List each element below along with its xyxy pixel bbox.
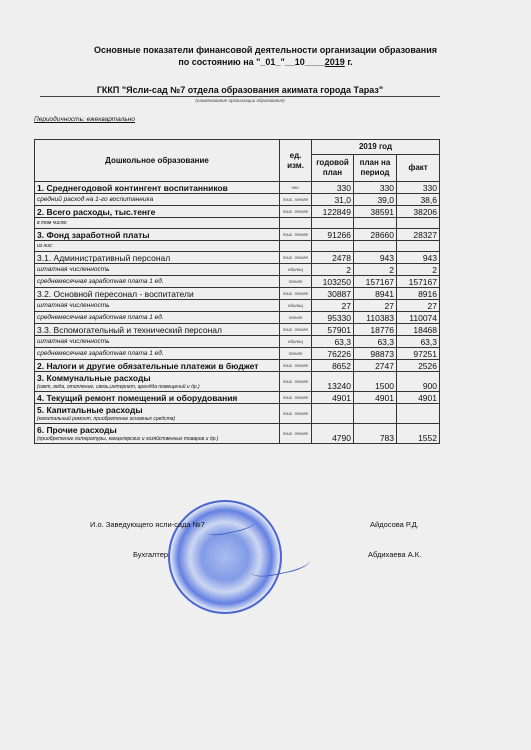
header-period-plan: план на период bbox=[354, 155, 397, 182]
row-unit: тыс. тенге bbox=[280, 206, 312, 218]
table-row: 3. Фонд заработной платытыс. тенге912662… bbox=[35, 229, 440, 241]
row-label: штатная численность bbox=[35, 336, 280, 348]
row-unit: тыс. тенге bbox=[280, 324, 312, 336]
row-fact: 38206 bbox=[397, 206, 440, 218]
row-period-plan: 157167 bbox=[354, 276, 397, 288]
row-label: 2. Налоги и другие обязательные платежи … bbox=[35, 360, 280, 372]
row-fact bbox=[397, 218, 440, 229]
head-name: Айдосова Р.Д. bbox=[370, 520, 419, 529]
row-period-plan: 4901 bbox=[354, 392, 397, 404]
table-row: среднемесячная заработная плата 1 ед.тен… bbox=[35, 312, 440, 324]
row-annual-plan: 122849 bbox=[312, 206, 354, 218]
table-row: среднемесячная заработная плата 1 ед.тен… bbox=[35, 276, 440, 288]
table-row: средний расход на 1-го воспитанникатыс. … bbox=[35, 194, 440, 206]
header-annual-plan: годовой план bbox=[312, 155, 354, 182]
table-row: 2. Налоги и другие обязательные платежи … bbox=[35, 360, 440, 372]
row-fact: 2 bbox=[397, 264, 440, 276]
row-unit: тенге bbox=[280, 348, 312, 360]
row-annual-plan: 330 bbox=[312, 182, 354, 194]
row-label-text: штатная численность bbox=[37, 338, 110, 345]
table-row: 6. Прочие расходы(приобретение литератур… bbox=[35, 424, 440, 444]
row-sublabel: (капитальный ремонт, приобретение основн… bbox=[37, 415, 277, 423]
row-fact: 2526 bbox=[397, 360, 440, 372]
table-row: 3. Коммунальные расходы(свет, вода, отоп… bbox=[35, 372, 440, 392]
header-fact: факт bbox=[397, 155, 440, 182]
row-unit: единиц bbox=[280, 264, 312, 276]
row-label-text: в том числе: bbox=[37, 220, 68, 226]
row-period-plan: 2 bbox=[354, 264, 397, 276]
report-date: по состоянию на "_01_"__10____2019 г. bbox=[0, 57, 531, 68]
row-fact: 1552 bbox=[397, 424, 440, 444]
row-label-text: из них: bbox=[37, 243, 53, 249]
row-annual-plan bbox=[312, 404, 354, 424]
row-sublabel: (приобретение литературы, канцелярских и… bbox=[37, 435, 277, 443]
row-period-plan: 38591 bbox=[354, 206, 397, 218]
row-unit: тыс. тенге bbox=[280, 392, 312, 404]
row-label: среднемесячная заработная плата 1 ед. bbox=[35, 276, 280, 288]
row-fact: 110074 bbox=[397, 312, 440, 324]
row-annual-plan: 95330 bbox=[312, 312, 354, 324]
head-title: И.о. Заведующего ясли-сада №7 bbox=[90, 520, 205, 529]
row-annual-plan: 63,3 bbox=[312, 336, 354, 348]
table-row: 4. Текущий ремонт помещений и оборудован… bbox=[35, 392, 440, 404]
header-unit: ед. изм. bbox=[280, 140, 312, 182]
row-fact: 330 bbox=[397, 182, 440, 194]
row-label-text: 2. Налоги и другие обязательные платежи … bbox=[37, 361, 258, 371]
row-annual-plan: 8652 bbox=[312, 360, 354, 372]
row-label: 1. Среднегодовой контингент воспитаннико… bbox=[35, 182, 280, 194]
row-period-plan: 8941 bbox=[354, 288, 397, 300]
accountant-name: Абдихаева А.К. bbox=[368, 550, 421, 559]
row-label: средний расход на 1-го воспитанника bbox=[35, 194, 280, 206]
row-annual-plan: 13240 bbox=[312, 372, 354, 392]
row-label: среднемесячная заработная плата 1 ед. bbox=[35, 312, 280, 324]
row-unit: тыс. тенге bbox=[280, 404, 312, 424]
row-label: 3.1. Административный персонал bbox=[35, 252, 280, 264]
row-unit: чел. bbox=[280, 182, 312, 194]
row-annual-plan: 31,0 bbox=[312, 194, 354, 206]
row-annual-plan: 57901 bbox=[312, 324, 354, 336]
financial-indicators-table: Дошкольное образование ед. изм. 2019 год… bbox=[34, 139, 440, 444]
row-period-plan: 18776 bbox=[354, 324, 397, 336]
row-annual-plan: 27 bbox=[312, 300, 354, 312]
table-row: 5. Капитальные расходы(капитальный ремон… bbox=[35, 404, 440, 424]
row-period-plan: 27 bbox=[354, 300, 397, 312]
row-label: 6. Прочие расходы(приобретение литератур… bbox=[35, 424, 280, 444]
row-fact: 4901 bbox=[397, 392, 440, 404]
row-unit: тыс. тенге bbox=[280, 372, 312, 392]
row-annual-plan bbox=[312, 218, 354, 229]
date-prefix: по состоянию на " bbox=[178, 57, 260, 67]
accountant-title: Бухгалтер bbox=[133, 550, 168, 559]
row-period-plan: 1500 bbox=[354, 372, 397, 392]
row-fact: 38,6 bbox=[397, 194, 440, 206]
row-label-text: штатная численность bbox=[37, 266, 110, 273]
row-label-text: штатная численность bbox=[37, 302, 110, 309]
row-unit: тыс. тенге bbox=[280, 229, 312, 241]
row-label: в том числе: bbox=[35, 218, 280, 229]
row-fact bbox=[397, 241, 440, 252]
table-row: в том числе: bbox=[35, 218, 440, 229]
row-period-plan bbox=[354, 241, 397, 252]
table-row: 3.3. Вспомогательный и технический персо… bbox=[35, 324, 440, 336]
row-fact bbox=[397, 404, 440, 424]
date-year: 2019 bbox=[325, 57, 345, 67]
row-period-plan: 110383 bbox=[354, 312, 397, 324]
organization-name: ГККП "Ясли-сад №7 отдела образования аки… bbox=[40, 85, 440, 97]
row-annual-plan: 4790 bbox=[312, 424, 354, 444]
periodicity: Периодичность: ежеквартально bbox=[34, 116, 135, 123]
row-annual-plan: 91266 bbox=[312, 229, 354, 241]
table-row: 2. Всего расходы, тыс.тенгетыс. тенге122… bbox=[35, 206, 440, 218]
row-annual-plan: 2 bbox=[312, 264, 354, 276]
row-fact: 97251 bbox=[397, 348, 440, 360]
row-fact: 28327 bbox=[397, 229, 440, 241]
row-annual-plan: 4901 bbox=[312, 392, 354, 404]
row-period-plan: 28660 bbox=[354, 229, 397, 241]
row-label: 3. Фонд заработной платы bbox=[35, 229, 280, 241]
row-label-text: 1. Среднегодовой контингент воспитаннико… bbox=[37, 183, 228, 193]
row-annual-plan: 30887 bbox=[312, 288, 354, 300]
row-label-text: среднемесячная заработная плата 1 ед. bbox=[37, 350, 164, 357]
row-annual-plan: 76226 bbox=[312, 348, 354, 360]
row-fact: 943 bbox=[397, 252, 440, 264]
row-unit: тыс. тенге bbox=[280, 252, 312, 264]
row-label-text: 3. Коммунальные расходы bbox=[37, 373, 151, 383]
row-label-text: среднемесячная заработная плата 1 ед. bbox=[37, 278, 164, 285]
row-label: 3.2. Основной пересонал - воспитатели bbox=[35, 288, 280, 300]
row-label: штатная численность bbox=[35, 300, 280, 312]
row-label-text: 3.2. Основной пересонал - воспитатели bbox=[37, 289, 194, 299]
date-month: 10 bbox=[295, 57, 305, 67]
row-label: 4. Текущий ремонт помещений и оборудован… bbox=[35, 392, 280, 404]
row-unit: тенге bbox=[280, 312, 312, 324]
date-suffix: г. bbox=[345, 57, 353, 67]
row-label-text: 6. Прочие расходы bbox=[37, 425, 117, 435]
row-unit: тыс. тенге bbox=[280, 360, 312, 372]
row-fact: 8916 bbox=[397, 288, 440, 300]
date-day: _01_ bbox=[260, 57, 280, 67]
row-annual-plan: 103250 bbox=[312, 276, 354, 288]
row-unit: единиц bbox=[280, 300, 312, 312]
row-label-text: 3.1. Административный персонал bbox=[37, 253, 170, 263]
official-stamp bbox=[168, 500, 282, 614]
row-label: среднемесячная заработная плата 1 ед. bbox=[35, 348, 280, 360]
table-row: штатная численностьединиц272727 bbox=[35, 300, 440, 312]
table-row: штатная численностьединиц63,363,363,3 bbox=[35, 336, 440, 348]
organization-note: (наименование организации образования) bbox=[40, 98, 440, 103]
table-row: среднемесячная заработная плата 1 ед.тен… bbox=[35, 348, 440, 360]
row-unit: тыс. тенге bbox=[280, 194, 312, 206]
row-label: штатная численность bbox=[35, 264, 280, 276]
table-row: 3.1. Административный персоналтыс. тенге… bbox=[35, 252, 440, 264]
row-period-plan: 39,0 bbox=[354, 194, 397, 206]
row-label-text: среднемесячная заработная плата 1 ед. bbox=[37, 314, 164, 321]
row-label-text: 3.3. Вспомогательный и технический персо… bbox=[37, 325, 222, 335]
row-label-text: 3. Фонд заработной платы bbox=[37, 230, 150, 240]
row-label: 3. Коммунальные расходы(свет, вода, отоп… bbox=[35, 372, 280, 392]
table-row: 3.2. Основной пересонал - воспитателитыс… bbox=[35, 288, 440, 300]
row-label-text: средний расход на 1-го воспитанника bbox=[37, 196, 153, 203]
row-label: 2. Всего расходы, тыс.тенге bbox=[35, 206, 280, 218]
row-label: 3.3. Вспомогательный и технический персо… bbox=[35, 324, 280, 336]
row-annual-plan bbox=[312, 241, 354, 252]
row-unit: тыс. тенге bbox=[280, 424, 312, 444]
row-period-plan: 98873 bbox=[354, 348, 397, 360]
row-sublabel: (свет, вода, отопление, связь,интернет, … bbox=[37, 383, 277, 391]
document-title: Основные показатели финансовой деятельно… bbox=[0, 45, 531, 56]
row-period-plan: 2747 bbox=[354, 360, 397, 372]
row-fact: 157167 bbox=[397, 276, 440, 288]
table-row: из них: bbox=[35, 241, 440, 252]
row-period-plan bbox=[354, 218, 397, 229]
row-period-plan: 330 bbox=[354, 182, 397, 194]
row-unit: тенге bbox=[280, 276, 312, 288]
date-sep: ____ bbox=[305, 57, 325, 67]
row-label: 5. Капитальные расходы(капитальный ремон… bbox=[35, 404, 280, 424]
row-label-text: 5. Капитальные расходы bbox=[37, 405, 143, 415]
header-label: Дошкольное образование bbox=[35, 140, 280, 182]
date-mid: "__ bbox=[280, 57, 294, 67]
row-period-plan: 943 bbox=[354, 252, 397, 264]
row-label: из них: bbox=[35, 241, 280, 252]
row-period-plan bbox=[354, 404, 397, 424]
row-fact: 27 bbox=[397, 300, 440, 312]
row-unit: единиц bbox=[280, 336, 312, 348]
row-label-text: 4. Текущий ремонт помещений и оборудован… bbox=[37, 393, 237, 403]
table-row: 1. Среднегодовой контингент воспитаннико… bbox=[35, 182, 440, 194]
row-period-plan: 783 bbox=[354, 424, 397, 444]
row-annual-plan: 2478 bbox=[312, 252, 354, 264]
header-year: 2019 год bbox=[312, 140, 440, 155]
row-label-text: 2. Всего расходы, тыс.тенге bbox=[37, 207, 155, 217]
row-period-plan: 63,3 bbox=[354, 336, 397, 348]
row-unit bbox=[280, 241, 312, 252]
row-unit: тыс. тенге bbox=[280, 288, 312, 300]
row-unit bbox=[280, 218, 312, 229]
table-row: штатная численностьединиц222 bbox=[35, 264, 440, 276]
row-fact: 63,3 bbox=[397, 336, 440, 348]
row-fact: 900 bbox=[397, 372, 440, 392]
row-fact: 18468 bbox=[397, 324, 440, 336]
